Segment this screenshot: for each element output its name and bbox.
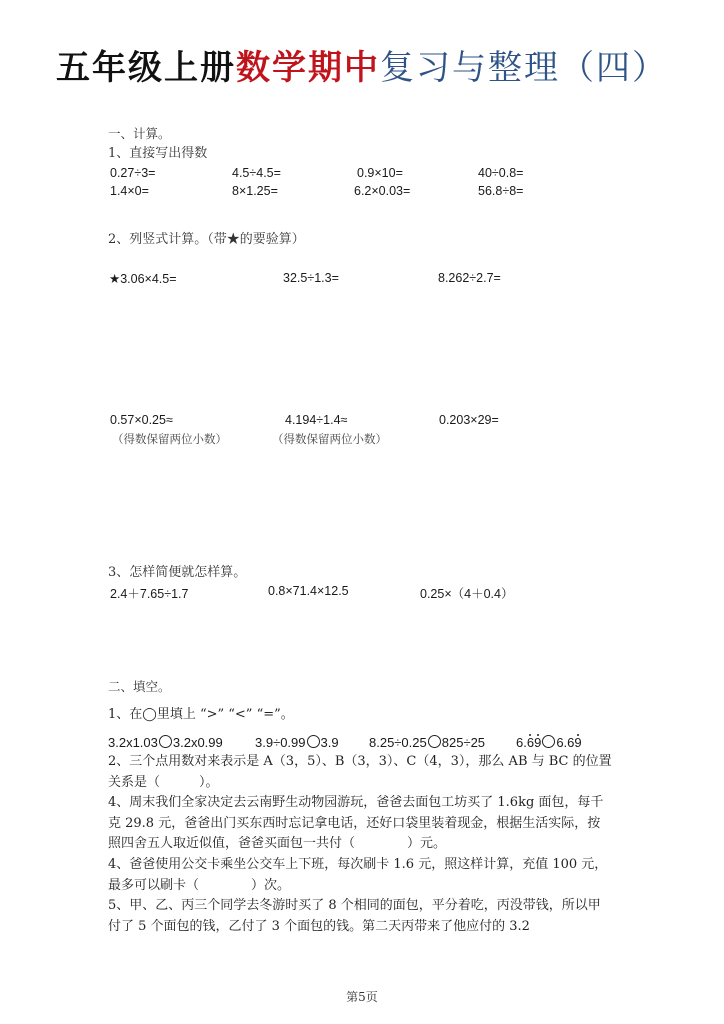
simplify-item: 2.4＋7.65÷1.7 xyxy=(110,584,188,602)
simplify-item: 0.8×71.4×12.5 xyxy=(268,584,349,598)
mental-calc-item: 4.5÷4.5= xyxy=(232,166,281,180)
mental-calc-item: 0.9×10= xyxy=(357,166,403,180)
mental-calc-item: 0.27÷3= xyxy=(110,166,155,180)
vertical-calc-item: 8.262÷2.7= xyxy=(438,271,501,285)
answer-circle[interactable] xyxy=(428,735,441,748)
question-bread-cost: 4、周末我们全家决定去云南野生动物园游玩，爸爸去面包工坊买了 1.6kg 面包，… xyxy=(108,793,613,855)
compare-item: 3.9÷0.993.9 xyxy=(255,735,339,750)
vertical-calc-item: 0.203×29= xyxy=(439,413,499,427)
page-number: 第5页 xyxy=(0,988,724,1005)
simplify-item: 0.25×（4＋0.4） xyxy=(420,584,513,602)
vertical-calc-item: 4.194÷1.4≈ xyxy=(285,413,347,427)
vertical-calc-item: ★3.06×4.5= xyxy=(109,271,177,286)
compare-item: 6.696.69 xyxy=(516,735,582,750)
answer-circle[interactable] xyxy=(159,735,172,748)
mental-calc-item: 6.2×0.03= xyxy=(354,184,410,198)
compare-item: 8.25÷0.25825÷25 xyxy=(369,735,485,750)
section2-heading: 二、填空。 xyxy=(108,678,171,696)
vertical-calc-item: 32.5÷1.3= xyxy=(283,271,339,285)
title-subject: 数学期中 xyxy=(236,48,380,88)
answer-circle[interactable] xyxy=(542,735,555,748)
answer-circle[interactable] xyxy=(307,735,320,748)
mental-calc-item: 40÷0.8= xyxy=(478,166,523,180)
compare-heading: 1、在◯里填上 “>” “<” “=”。 xyxy=(108,706,294,724)
title-grade: 五年级上册 xyxy=(56,48,236,88)
vertical-calc-item: 0.57×0.25≈ xyxy=(110,413,173,427)
q2-heading: 2、列竖式计算。（带★的要验算） xyxy=(108,231,305,249)
section1-heading: 一、计算。 xyxy=(108,125,171,143)
rounding-note: （得数保留两位小数） xyxy=(112,431,227,447)
q3-heading: 3、怎样简便就怎样算。 xyxy=(108,564,246,582)
mental-calc-item: 1.4×0= xyxy=(110,184,149,198)
title-review: 复习与整理（四） xyxy=(380,48,668,88)
mental-calc-item: 8×1.25= xyxy=(232,184,278,198)
q1-heading: 1、直接写出得数 xyxy=(108,145,207,163)
rounding-note: （得数保留两位小数） xyxy=(272,431,387,447)
question-coordinates: 2、三个点用数对来表示是 A（3，5）、B（3，3）、C（4，3），那么 AB … xyxy=(108,752,613,793)
mental-calc-item: 56.8÷8= xyxy=(478,184,523,198)
compare-item: 3.2x1.033.2x0.99 xyxy=(108,735,223,750)
page-title: 五年级上册数学期中复习与整理（四） xyxy=(0,44,724,92)
question-bus-card: 4、爸爸使用公交卡乘坐公交车上下班，每次刷卡 1.6 元，照这样计算，充值 10… xyxy=(108,855,613,896)
question-bread-sharing: 5、甲、乙、丙三个同学去冬游时买了 8 个相同的面包，平分着吃，丙没带钱，所以甲… xyxy=(108,896,613,937)
